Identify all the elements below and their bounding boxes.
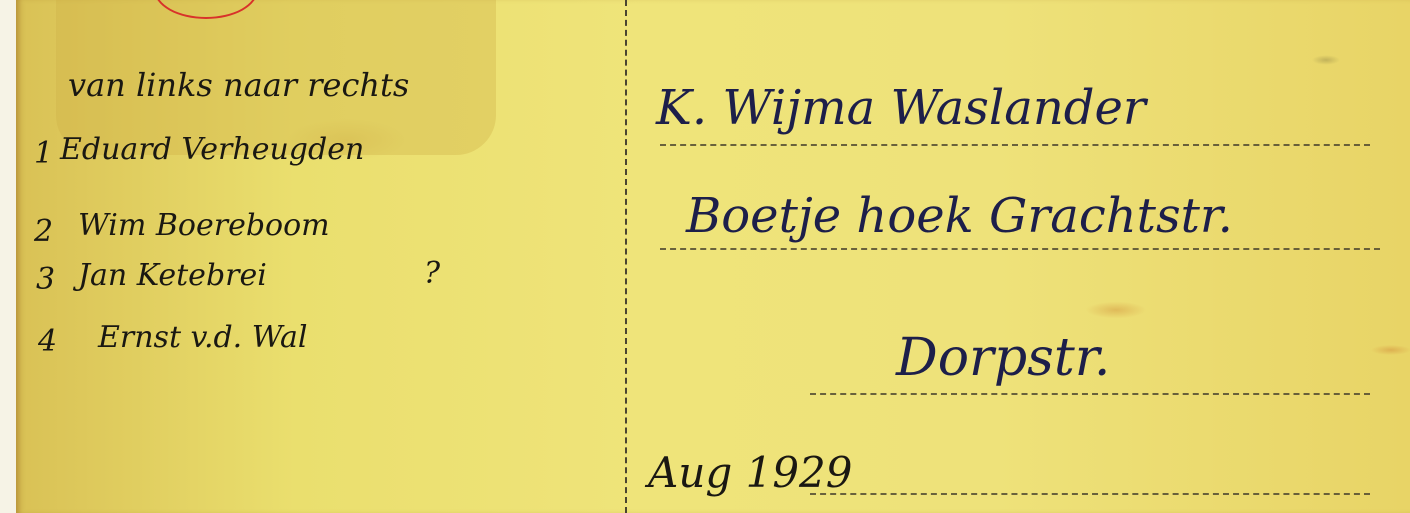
list-number: 1 — [34, 136, 53, 171]
list-number: 3 — [36, 262, 55, 297]
address-line-rule — [810, 393, 1370, 395]
recipient-name: K. Wijma Waslander — [656, 80, 1146, 136]
list-item-name: Ernst v.d. Wal — [98, 320, 307, 355]
address-line-rule — [810, 493, 1370, 495]
address-line-rule — [660, 248, 1380, 250]
caption-heading: van links naar rechts — [68, 66, 409, 104]
street-line: Boetje hoek Grachtstr. — [686, 188, 1233, 244]
list-item-name: Jan Ketebrei — [78, 258, 267, 293]
center-divider — [625, 0, 627, 513]
address-line-rule — [660, 144, 1370, 146]
uncertainty-mark: ? — [424, 256, 440, 291]
date-line: Aug 1929 — [648, 448, 853, 497]
list-number: 2 — [34, 214, 53, 249]
postcard-back: van links naar rechts 1 Eduard Verheugde… — [16, 0, 1410, 513]
list-item-name: Eduard Verheugden — [60, 132, 364, 167]
list-item-name: Wim Boereboom — [78, 208, 330, 243]
list-number: 4 — [38, 324, 57, 359]
town-line: Dorpstr. — [896, 328, 1110, 388]
